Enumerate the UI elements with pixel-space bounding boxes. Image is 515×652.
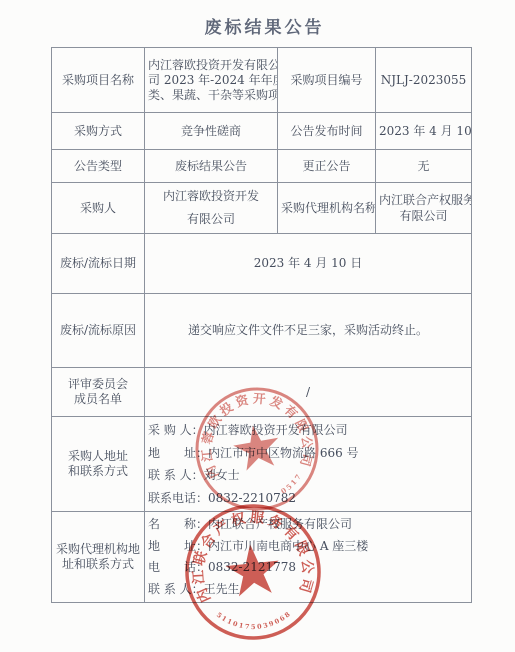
procurement-method-label: 采购方式: [52, 113, 145, 150]
cancel-reason-value: 递交响应文件文件不足三家，采购活动终止。: [145, 294, 472, 368]
table-row: 废标/流标日期 2023 年 4 月 10 日: [52, 234, 472, 294]
scanned-announcement-document: 废标结果公告 采购项目名称 内江蓉欧投资开发有限公 司 2023 年-2024 …: [0, 0, 515, 652]
project-name-label: 采购项目名称: [52, 48, 145, 113]
purchaser-contact-label: 采购人地址 和联系方式: [52, 417, 145, 512]
table-row: 采购方式 竞争性磋商 公告发布时间 2023 年 4 月 10 日: [52, 113, 472, 150]
project-name-value: 内江蓉欧投资开发有限公 司 2023 年-2024 年年度肉 类、果蔬、干杂等采…: [145, 48, 278, 113]
table-row: 采购项目名称 内江蓉欧投资开发有限公 司 2023 年-2024 年年度肉 类、…: [52, 48, 472, 113]
page-title: 废标结果公告: [0, 13, 515, 38]
purchaser-person-line: 联 系 人：刘女士: [148, 464, 468, 487]
procurement-method-value: 竞争性磋商: [145, 113, 278, 150]
table-row: 废标/流标原因 递交响应文件文件不足三家，采购活动终止。: [52, 294, 472, 368]
review-committee-label: 评审委员会 成员名单: [52, 368, 145, 417]
agency-address-line: 地 址：内江市川南电商中心 A 座三楼: [148, 536, 468, 558]
purchaser-value: 内江蓉欧投资开发 有限公司: [145, 183, 278, 234]
table-row: 采购代理机构地 址和联系方式 名 称：内江联合产权服务有限公司 地 址：内江市川…: [52, 512, 472, 603]
agency-contact-value: 名 称：内江联合产权服务有限公司 地 址：内江市川南电商中心 A 座三楼 电 话…: [145, 512, 472, 603]
review-committee-value: /: [145, 368, 472, 417]
agency-name-label: 采购代理机构名称: [278, 183, 376, 234]
svg-text:5110175039068: 5110175039068: [214, 603, 294, 635]
project-number-label: 采购项目编号: [278, 48, 376, 113]
purchaser-contact-value: 采 购 人：内江蓉欧投资开发有限公司 地 址：内江市市中区物流路 666 号 联…: [145, 417, 472, 512]
table-row: 采购人地址 和联系方式 采 购 人：内江蓉欧投资开发有限公司 地 址：内江市市中…: [52, 417, 472, 512]
table-row: 采购人 内江蓉欧投资开发 有限公司 采购代理机构名称 内江联合产权服务 有限公司: [52, 183, 472, 234]
cancel-date-value: 2023 年 4 月 10 日: [145, 234, 472, 294]
purchaser-label: 采购人: [52, 183, 145, 234]
publish-time-value: 2023 年 4 月 10 日: [376, 113, 472, 150]
announcement-type-label: 公告类型: [52, 150, 145, 183]
purchaser-name-line: 采 购 人：内江蓉欧投资开发有限公司: [148, 419, 468, 442]
cancel-date-label: 废标/流标日期: [52, 234, 145, 294]
correction-value: 无: [376, 150, 472, 183]
purchaser-address-line: 地 址：内江市市中区物流路 666 号: [148, 442, 468, 465]
correction-label: 更正公告: [278, 150, 376, 183]
announcement-type-value: 废标结果公告: [145, 150, 278, 183]
table-row: 评审委员会 成员名单 /: [52, 368, 472, 417]
agency-phone-line: 电 话：0832-2121778: [148, 557, 468, 579]
seal-serial-text: 5110175039068: [214, 603, 294, 635]
purchaser-phone-line: 联系电话：0832-2210782: [148, 487, 468, 510]
agency-person-line: 联 系 人：王先生: [148, 579, 468, 601]
announcement-table: 采购项目名称 内江蓉欧投资开发有限公 司 2023 年-2024 年年度肉 类、…: [51, 47, 472, 603]
publish-time-label: 公告发布时间: [278, 113, 376, 150]
project-number-value: NJLJ-2023055: [376, 48, 472, 113]
agency-name-value: 内江联合产权服务 有限公司: [376, 183, 472, 234]
agency-contact-label: 采购代理机构地 址和联系方式: [52, 512, 145, 603]
agency-name-line: 名 称：内江联合产权服务有限公司: [148, 514, 468, 536]
table-row: 公告类型 废标结果公告 更正公告 无: [52, 150, 472, 183]
cancel-reason-label: 废标/流标原因: [52, 294, 145, 368]
